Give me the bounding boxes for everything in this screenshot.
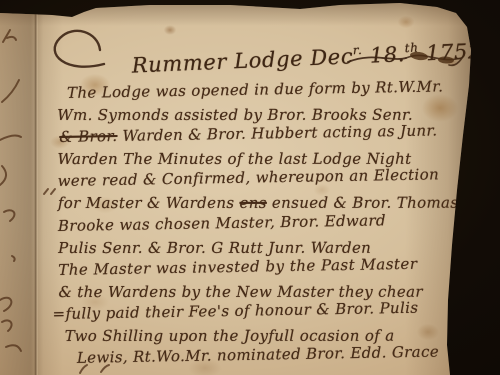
heading-month-superscript: r.: [353, 43, 363, 57]
struck-text: & Bror.: [59, 127, 117, 146]
minutes-body: The Lodge was opened in due form by Rt.W…: [57, 81, 479, 371]
page-fold-crease: [34, 10, 38, 375]
struck-text: ens: [240, 194, 267, 212]
manuscript-page: Rummer Lodge Decr. 18.th 1752. The Lodge…: [0, 0, 500, 375]
heading-year: 1752.: [418, 39, 489, 66]
heading-day-superscript: th: [404, 41, 418, 56]
heading-day: 18.: [362, 42, 405, 68]
heading-lodge-and-month: Rummer Lodge Dec: [131, 44, 353, 77]
manuscript-photograph: Rummer Lodge Decr. 18.th 1752. The Lodge…: [0, 0, 500, 375]
